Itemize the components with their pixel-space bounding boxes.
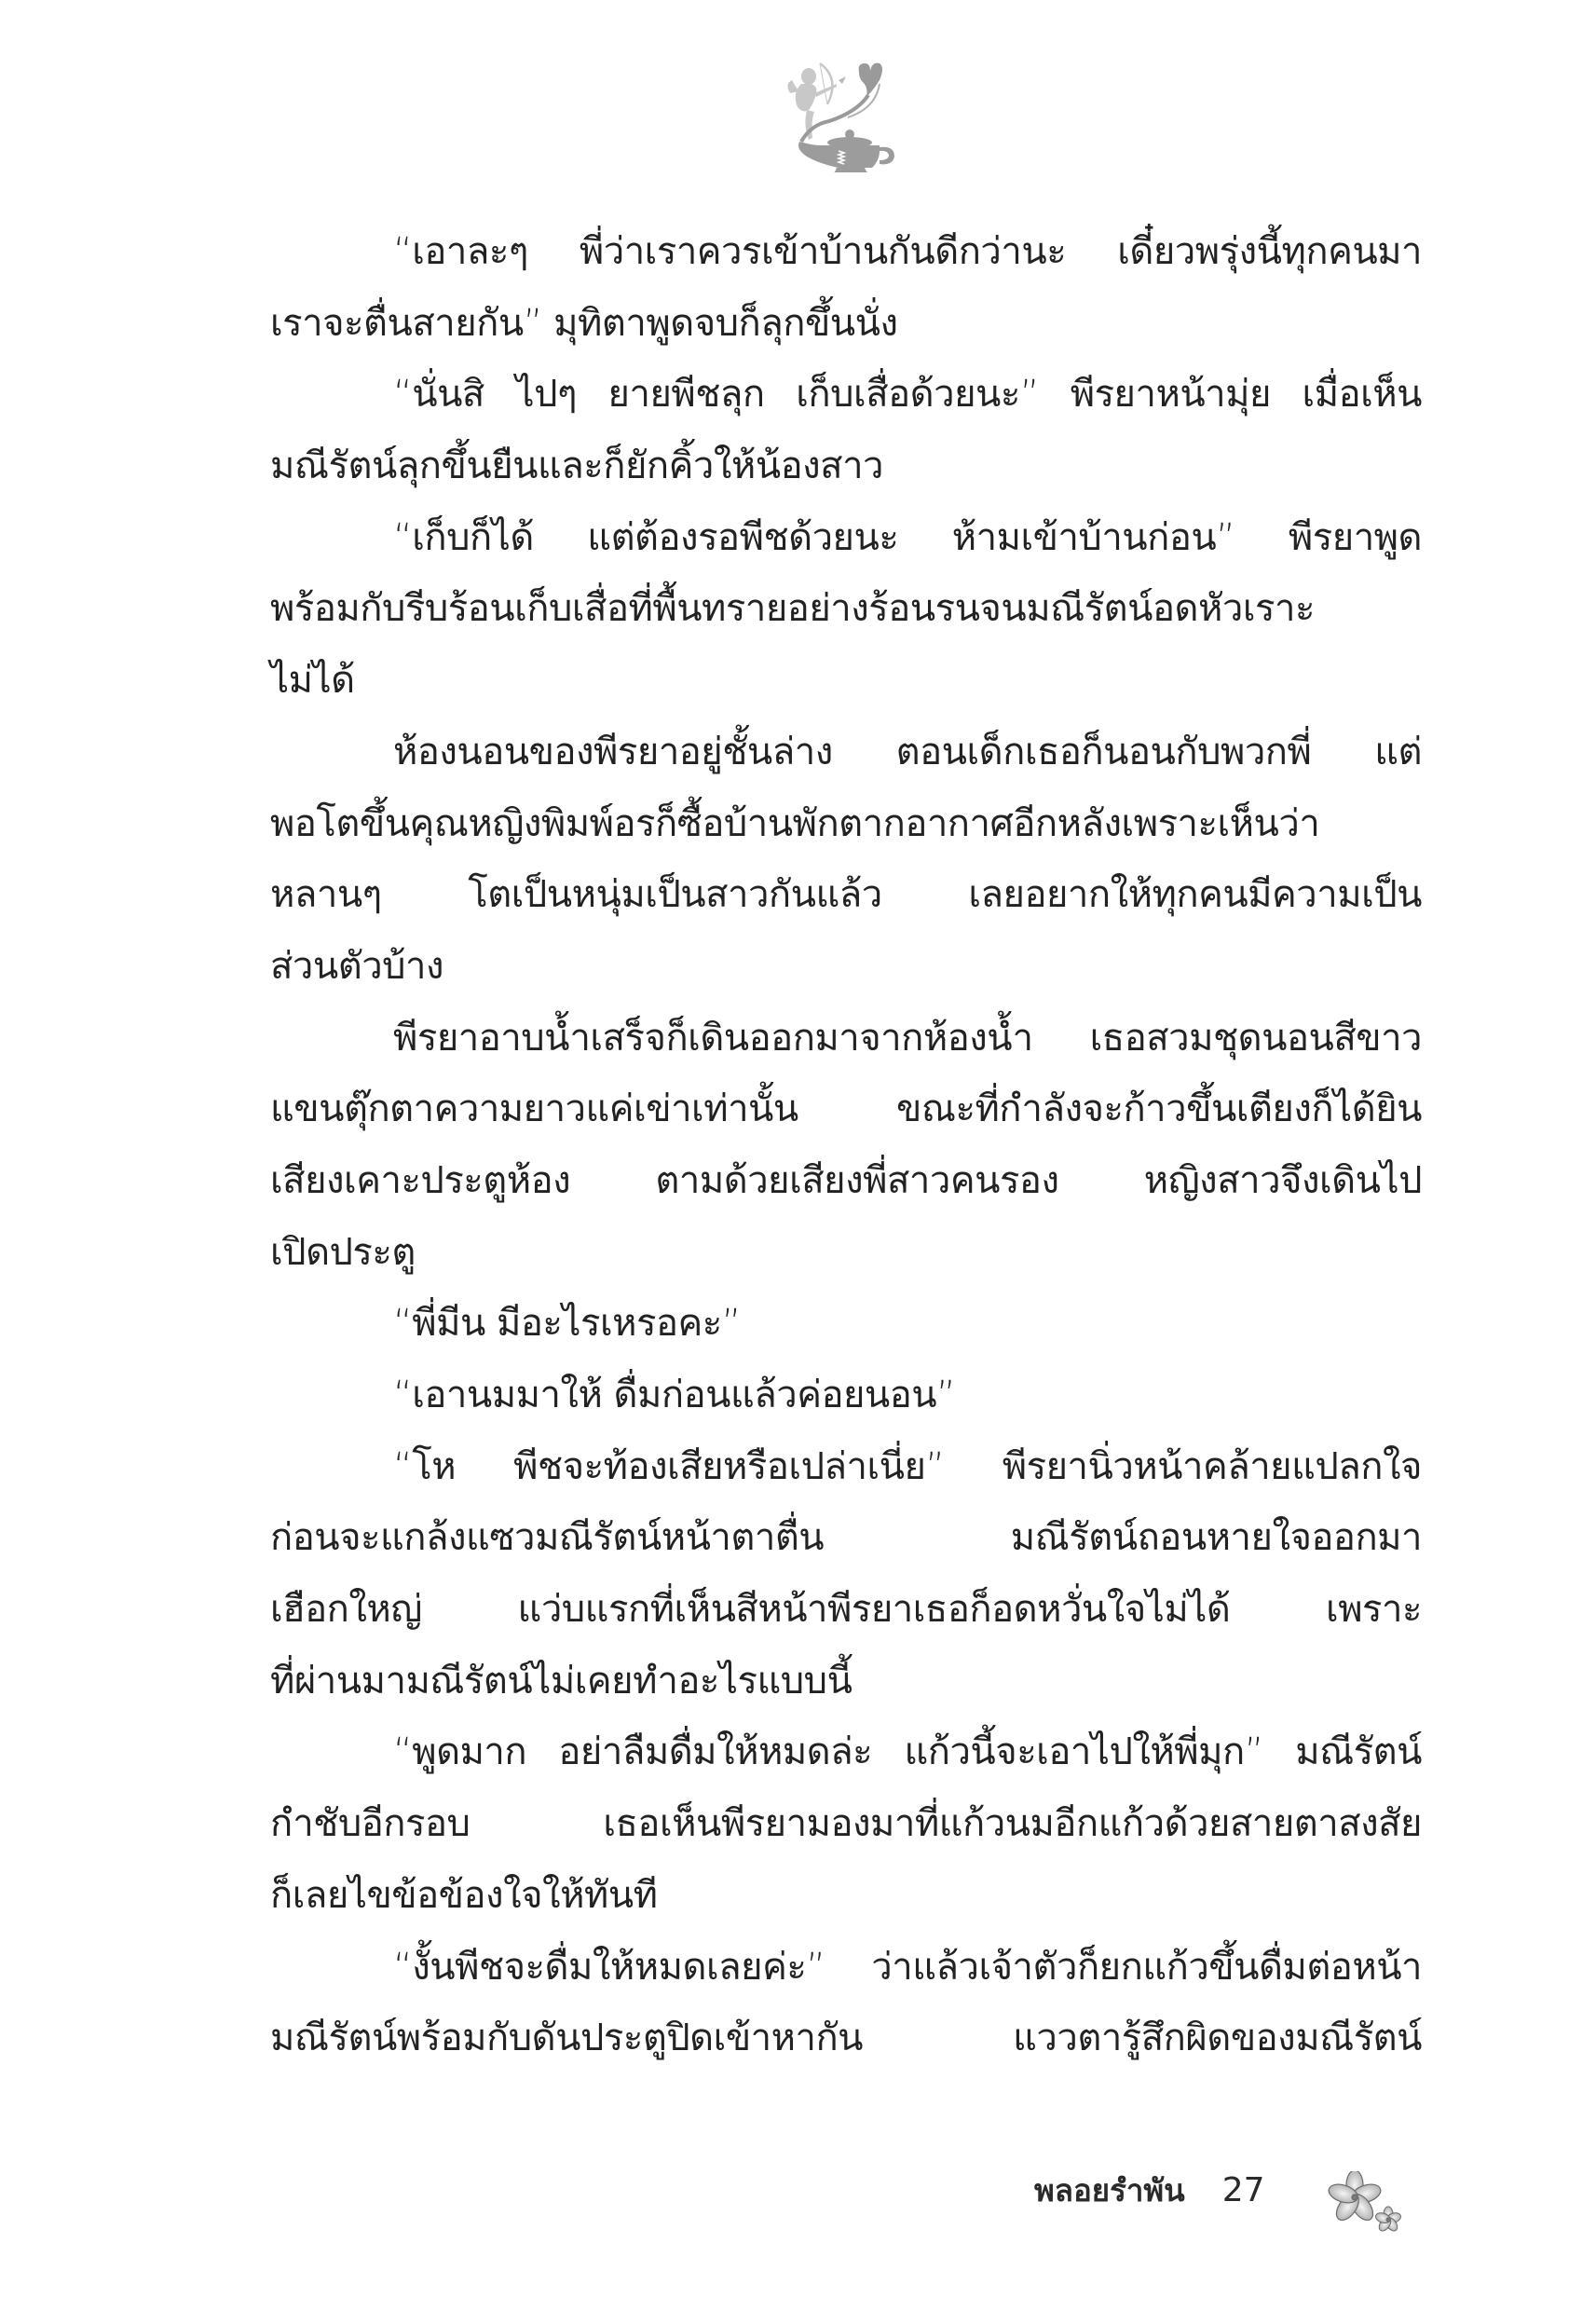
text-line: ห้องนอนของพีรยาอยู่ชั้นล่าง ตอนเด็กเธอก็… bbox=[270, 717, 1422, 788]
text-line: “เอานมมาให้ ดื่มก่อนแล้วค่อยนอน” bbox=[270, 1360, 1422, 1431]
paragraph: ห้องนอนของพีรยาอยู่ชั้นล่าง ตอนเด็กเธอก็… bbox=[270, 717, 1422, 1003]
text-line: ไม่ได้ bbox=[270, 645, 1422, 717]
chapter-body-text: “เอาละๆ พี่ว่าเราควรเข้าบ้านกันดีกว่านะ … bbox=[270, 216, 1422, 2074]
text-line: ที่ผ่านมามณีรัตน์ไม่เคยทำอะไรแบบนี้ bbox=[270, 1646, 1422, 1717]
paragraph: “เก็บก็ได้ แต่ต้องรอพีชด้วยนะ ห้ามเข้าบ้… bbox=[270, 502, 1422, 717]
text-line: มณีรัตน์ลุกขึ้นยืนและก็ยักคิ้วให้น้องสาว bbox=[270, 431, 1422, 502]
text-line: “นั่นสิ ไปๆ ยายพีชลุก เก็บเสื่อด้วยนะ” พ… bbox=[270, 359, 1422, 431]
paragraph: พีรยาอาบน้ำเสร็จก็เดินออกมาจากห้องน้ำ เธ… bbox=[270, 1003, 1422, 1289]
text-line: เสียงเคาะประตูห้อง ตามด้วยเสียงพี่สาวคนร… bbox=[270, 1145, 1422, 1217]
text-line: แขนตุ๊กตาความยาวแค่เข่าเท่านั้น ขณะที่กำ… bbox=[270, 1073, 1422, 1145]
text-line: ก็เลยไขข้อข้องใจให้ทันที bbox=[270, 1860, 1422, 1932]
text-line: “โห พีชจะท้องเสียหรือเปล่าเนี่ย” พีรยานิ… bbox=[270, 1431, 1422, 1503]
text-line: “พี่มีน มีอะไรเหรอคะ” bbox=[270, 1288, 1422, 1360]
text-line: “พูดมาก อย่าลืมดื่มให้หมดล่ะ แก้วนี้จะเอ… bbox=[270, 1716, 1422, 1788]
text-line: “เอาละๆ พี่ว่าเราควรเข้าบ้านกันดีกว่านะ … bbox=[270, 216, 1422, 288]
text-line: มณีรัตน์พร้อมกับดันประตูปิดเข้าหากัน แวว… bbox=[270, 2003, 1422, 2074]
text-line: กำชับอีกรอบ เธอเห็นพีรยามองมาที่แก้วนมอี… bbox=[270, 1788, 1422, 1860]
genie-lamp-cupid-ornament-icon bbox=[783, 56, 904, 172]
text-line: “งั้นพีชจะดื่มให้หมดเลยค่ะ” ว่าแล้วเจ้าต… bbox=[270, 1932, 1422, 2003]
paragraph: “เอานมมาให้ ดื่มก่อนแล้วค่อยนอน” bbox=[270, 1360, 1422, 1431]
book-title: พลอยรำพัน bbox=[1034, 2166, 1185, 2215]
paragraph: “โห พีชจะท้องเสียหรือเปล่าเนี่ย” พีรยานิ… bbox=[270, 1431, 1422, 1717]
text-line: เราจะตื่นสายกัน” มุทิตาพูดจบก็ลุกขึ้นนั่… bbox=[270, 288, 1422, 360]
text-line: ก่อนจะแกล้งแซวมณีรัตน์หน้าตาตื่น มณีรัตน… bbox=[270, 1502, 1422, 1574]
text-line: “เก็บก็ได้ แต่ต้องรอพีชด้วยนะ ห้ามเข้าบ้… bbox=[270, 502, 1422, 574]
text-line: พอโตขึ้นคุณหญิงพิมพ์อรก็ซื้อบ้านพักตากอา… bbox=[270, 788, 1422, 860]
text-line: เปิดประตู bbox=[270, 1217, 1422, 1289]
page-footer: พลอยรำพัน 27 bbox=[1034, 2162, 1265, 2218]
paragraph: “พี่มีน มีอะไรเหรอคะ” bbox=[270, 1288, 1422, 1360]
paragraph: “งั้นพีชจะดื่มให้หมดเลยค่ะ” ว่าแล้วเจ้าต… bbox=[270, 1932, 1422, 2074]
paragraph: “นั่นสิ ไปๆ ยายพีชลุก เก็บเสื่อด้วยนะ” พ… bbox=[270, 359, 1422, 501]
page-number: 27 bbox=[1222, 2171, 1265, 2209]
text-line: พีรยาอาบน้ำเสร็จก็เดินออกมาจากห้องน้ำ เธ… bbox=[270, 1003, 1422, 1074]
paragraph: “พูดมาก อย่าลืมดื่มให้หมดล่ะ แก้วนี้จะเอ… bbox=[270, 1716, 1422, 1931]
plumeria-flowers-icon bbox=[1325, 2171, 1409, 2236]
text-line: หลานๆ โตเป็นหนุ่มเป็นสาวกันแล้ว เลยอยากใ… bbox=[270, 859, 1422, 931]
text-line: พร้อมกับรีบร้อนเก็บเสื่อที่พื้นทรายอย่าง… bbox=[270, 573, 1422, 645]
text-line: ส่วนตัวบ้าง bbox=[270, 931, 1422, 1003]
paragraph: “เอาละๆ พี่ว่าเราควรเข้าบ้านกันดีกว่านะ … bbox=[270, 216, 1422, 359]
text-line: เฮือกใหญ่ แว่บแรกที่เห็นสีหน้าพีรยาเธอก็… bbox=[270, 1574, 1422, 1646]
